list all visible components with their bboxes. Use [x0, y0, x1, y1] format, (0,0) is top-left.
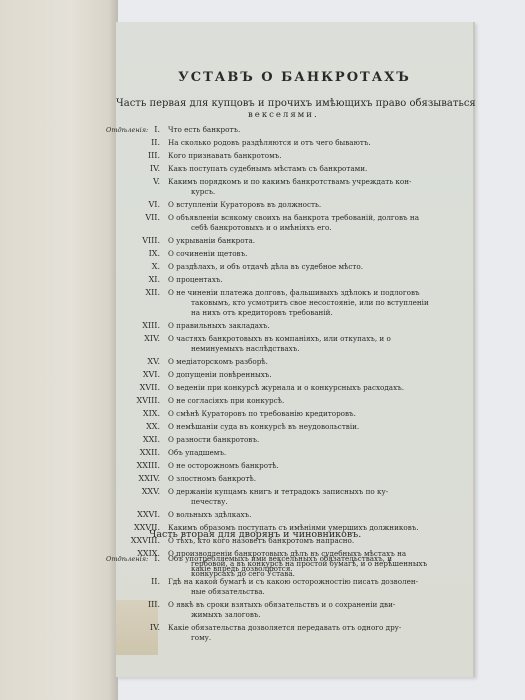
entry-number: XX.: [116, 422, 160, 432]
toc-entry: VI.О вступленіи Кураторовъ въ должность.: [116, 200, 473, 210]
entry-number: XIII.: [116, 321, 160, 331]
entry-number: XVII.: [116, 383, 160, 393]
entry-text: О сочиненіи щетовъ.: [168, 249, 440, 259]
toc-entry: X.О раздѣлахъ, и объ отдачѣ дѣла въ суде…: [116, 262, 473, 272]
entry-text: О вступленіи Кураторовъ въ должность.: [168, 200, 440, 210]
entry-text: О раздѣлахъ, и объ отдачѣ дѣла въ судебн…: [168, 262, 440, 272]
toc-entry: XIX.О смѣнѣ Кураторовъ по требованію кре…: [116, 409, 473, 419]
toc-entry: V.Какимъ порядкомъ и по какимъ банкротст…: [116, 177, 473, 197]
toc-entry: IV.Какіе обязательства дозволяется перед…: [116, 623, 473, 643]
toc-entry: XX.О немѣшаніи суда въ конкурсѣ въ неудо…: [116, 422, 473, 432]
entry-text: Что есть банкротъ.: [168, 125, 440, 135]
entry-text-continued: неминуемыхъ наслѣдствахъ.: [191, 344, 441, 354]
toc-entry: XVI.О допущеніи повѣренныхъ.: [116, 370, 473, 380]
entry-number: IV.: [116, 623, 160, 633]
entry-text: Какимъ порядкомъ и по какимъ банкротства…: [168, 177, 440, 187]
entry-number: XXVI.: [116, 510, 160, 520]
toc-entry: XXVI.О вольныхъ здѣлкахъ.: [116, 510, 473, 520]
entry-number: XIV.: [116, 334, 160, 344]
document-page: УСТАВЪ О БАНКРОТАХЪ Часть первая для куп…: [116, 22, 475, 677]
entry-number: III.: [116, 600, 160, 610]
entry-text: О процентахъ.: [168, 275, 440, 285]
entry-text: Объ употребляемыхъ ими вексельныхъ обяза…: [168, 554, 440, 564]
entry-number: XXV.: [116, 487, 160, 497]
toc-entry: XI.О процентахъ.: [116, 275, 473, 285]
entry-number: XXI.: [116, 435, 160, 445]
entry-text-continued: курсъ.: [191, 187, 441, 197]
entry-text-continued: гому.: [191, 633, 441, 643]
entry-text: О вольныхъ здѣлкахъ.: [168, 510, 440, 520]
document-title: УСТАВЪ О БАНКРОТАХЪ: [116, 70, 473, 85]
entry-number: XIX.: [116, 409, 160, 419]
toc-entry: XXI.О разности банкротовъ.: [116, 435, 473, 445]
entry-text: На сколько родовъ раздѣляются и отъ чего…: [168, 138, 440, 148]
entry-number: X.: [116, 262, 160, 272]
entry-text: О допущеніи повѣренныхъ.: [168, 370, 440, 380]
entry-number: XXII.: [116, 448, 160, 458]
toc-entry: XIV.О частяхъ банкротовыхъ въ компаніяхъ…: [116, 334, 473, 354]
toc-entry: IX.О сочиненіи щетовъ.: [116, 249, 473, 259]
entry-number: II.: [116, 138, 160, 148]
entry-text-continued: на нихъ отъ кредиторовъ требованій.: [191, 308, 441, 318]
entry-text: Какъ поступать судебнымъ мѣстамъ съ банк…: [168, 164, 440, 174]
entry-text: О не согласіяхъ при конкурсѣ.: [168, 396, 440, 406]
toc-entry: II.Гдѣ на какой бумагѣ и съ какою осторо…: [116, 577, 473, 597]
toc-entry: VIII.О укрываніи банкрота.: [116, 236, 473, 246]
entry-text: Объ упадшемъ.: [168, 448, 440, 458]
toc-entry: XII.О не чиненіи платежа долговъ, фальши…: [116, 288, 473, 318]
toc-entry: II.На сколько родовъ раздѣляются и отъ ч…: [116, 138, 473, 148]
entry-text-continued: себѣ банкротовыхъ и о имѣніяхъ его.: [191, 223, 441, 233]
toc-entry: XXIV.О злостномъ банкротѣ.: [116, 474, 473, 484]
entry-number: VIII.: [116, 236, 160, 246]
entry-text: О немѣшаніи суда въ конкурсѣ въ неудовол…: [168, 422, 440, 432]
entry-number: IV.: [116, 164, 160, 174]
entry-text: Кого признавать банкротомъ.: [168, 151, 440, 161]
entry-text: О не осторожномъ банкротѣ.: [168, 461, 440, 471]
entry-text: О злостномъ банкротѣ.: [168, 474, 440, 484]
entry-number: XXIII.: [116, 461, 160, 471]
entry-number: XXIV.: [116, 474, 160, 484]
entry-text: О разности банкротовъ.: [168, 435, 440, 445]
entry-text: О укрываніи банкрота.: [168, 236, 440, 246]
entry-number: VI.: [116, 200, 160, 210]
entry-text: Гдѣ на какой бумагѣ и съ какою осторожно…: [168, 577, 440, 587]
entry-text-continued: печеству.: [191, 497, 441, 507]
entry-text: О веденіи при конкурсѣ журнала и о конку…: [168, 383, 440, 393]
toc-entry: XV.О медіаторскомъ разборѣ.: [116, 357, 473, 367]
toc-entry: XVII.О веденіи при конкурсѣ журнала и о …: [116, 383, 473, 393]
entry-number: XVIII.: [116, 396, 160, 406]
entry-number: I.: [116, 554, 160, 564]
toc-entry: Отдѣленія:I.Объ употребляемыхъ ими вексе…: [116, 554, 473, 574]
entry-text: О явкѣ въ сроки взятыхъ обязательствъ и …: [168, 600, 440, 610]
toc-entry: XXV.О держаніи купцамъ книгъ и тетрадокъ…: [116, 487, 473, 507]
entry-number: VII.: [116, 213, 160, 223]
toc-entry: XIII.О правильныхъ закладахъ.: [116, 321, 473, 331]
toc-entry: VII.О объявленіи всякому своихъ на банкр…: [116, 213, 473, 233]
toc-entry: XVIII.О не согласіяхъ при конкурсѣ.: [116, 396, 473, 406]
toc-entry: III.Кого признавать банкротомъ.: [116, 151, 473, 161]
entry-text: О держаніи купцамъ книгъ и тетрадокъ зап…: [168, 487, 440, 497]
entry-text: О правильныхъ закладахъ.: [168, 321, 440, 331]
entry-number: II.: [116, 577, 160, 587]
entry-number: XVI.: [116, 370, 160, 380]
toc-entry: XXII.Объ упадшемъ.: [116, 448, 473, 458]
entry-text-continued: жимыхъ залоговъ.: [191, 610, 441, 620]
entry-text: О медіаторскомъ разборѣ.: [168, 357, 440, 367]
entry-number: XI.: [116, 275, 160, 285]
entry-text: О смѣнѣ Кураторовъ по требованію кредито…: [168, 409, 440, 419]
entry-number: XV.: [116, 357, 160, 367]
left-page-edge: [0, 0, 118, 700]
entry-text-continued: какіе впредь дозволяются.: [191, 564, 441, 574]
entry-text: Какіе обязательства дозволяется передава…: [168, 623, 440, 633]
entry-text-continued: ные обязательства.: [191, 587, 441, 597]
toc-entry: XXIII.О не осторожномъ банкротѣ.: [116, 461, 473, 471]
entry-number: III.: [116, 151, 160, 161]
toc-entry: IV.Какъ поступать судебнымъ мѣстамъ съ б…: [116, 164, 473, 174]
entry-number: V.: [116, 177, 160, 187]
toc-entry: III.О явкѣ въ сроки взятыхъ обязательств…: [116, 600, 473, 620]
entry-text: О не чиненіи платежа долговъ, фальшивыхъ…: [168, 288, 440, 298]
entry-text: О частяхъ банкротовыхъ въ компаніяхъ, ил…: [168, 334, 440, 344]
entry-number: IX.: [116, 249, 160, 259]
toc-entry: Отдѣленія:I.Что есть банкротъ.: [116, 125, 473, 135]
entry-text-continued: таковымъ, кто усмотритъ свое несостояніе…: [191, 298, 441, 308]
entry-number: I.: [116, 125, 160, 135]
entry-text: О объявленіи всякому своихъ на банкрота …: [168, 213, 440, 223]
entry-number: XII.: [116, 288, 160, 298]
part2-heading: Часть вторая для дворянъ и чиновниковъ.: [149, 529, 361, 540]
